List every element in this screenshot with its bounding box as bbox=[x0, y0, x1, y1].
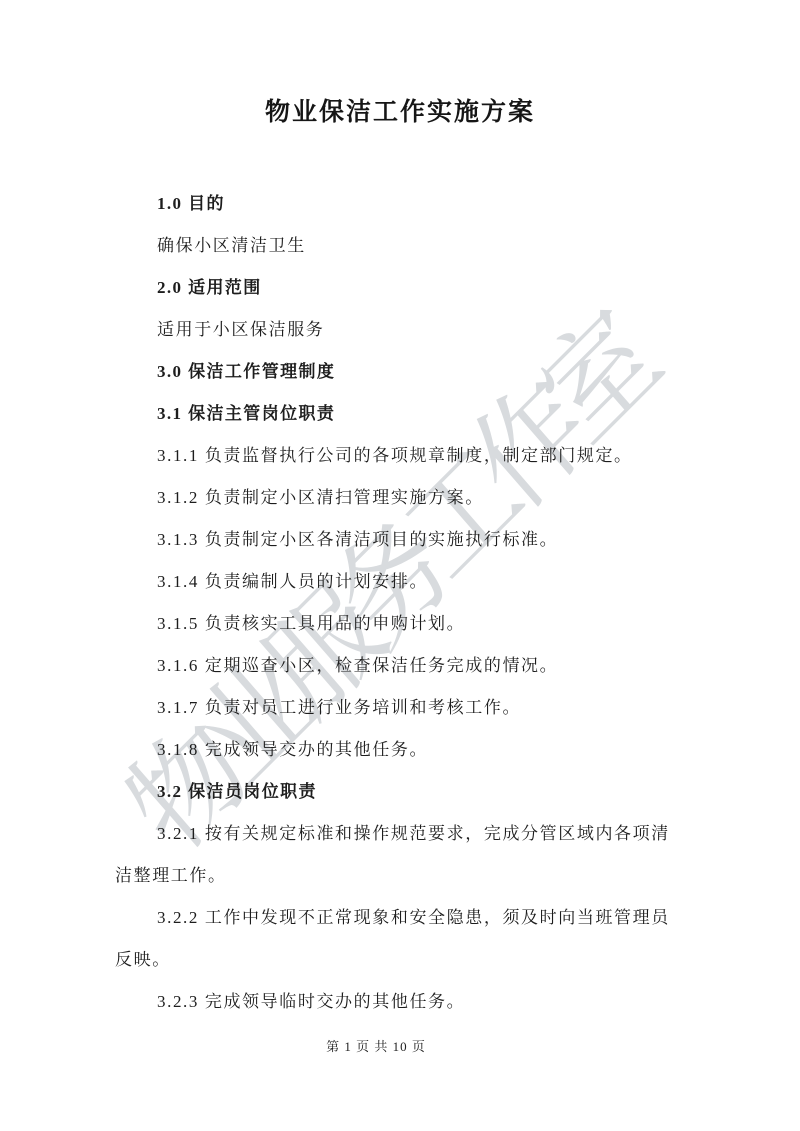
doc-text-line: 3.1.5 负责核实工具用品的申购计划。 bbox=[115, 603, 690, 645]
doc-text-line: 洁整理工作。 bbox=[115, 855, 690, 897]
doc-text-line: 3.2.2 工作中发现不正常现象和安全隐患，须及时向当班管理员 bbox=[115, 897, 690, 939]
doc-text-line: 3.2.1 按有关规定标准和操作规范要求，完成分管区域内各项清 bbox=[115, 813, 690, 855]
document-title: 物业保洁工作实施方案 bbox=[0, 92, 800, 128]
doc-heading-line: 2.0 适用范围 bbox=[115, 267, 690, 309]
doc-text-line: 确保小区清洁卫生 bbox=[115, 225, 690, 267]
document-content: 1.0 目的确保小区清洁卫生2.0 适用范围适用于小区保洁服务3.0 保洁工作管… bbox=[115, 183, 690, 1023]
document-page: 物业服务工作室 物业保洁工作实施方案 1.0 目的确保小区清洁卫生2.0 适用范… bbox=[0, 0, 800, 1131]
doc-text-line: 3.1.6 定期巡查小区，检查保洁任务完成的情况。 bbox=[115, 645, 690, 687]
doc-heading-line: 1.0 目的 bbox=[115, 183, 690, 225]
doc-text-line: 3.1.7 负责对员工进行业务培训和考核工作。 bbox=[115, 687, 690, 729]
doc-text-line: 反映。 bbox=[115, 939, 690, 981]
doc-heading-line: 3.1 保洁主管岗位职责 bbox=[115, 393, 690, 435]
doc-heading-line: 3.0 保洁工作管理制度 bbox=[115, 351, 690, 393]
doc-text-line: 3.1.1 负责监督执行公司的各项规章制度，制定部门规定。 bbox=[115, 435, 690, 477]
doc-text-line: 3.1.3 负责制定小区各清洁项目的实施执行标准。 bbox=[115, 519, 690, 561]
doc-text-line: 适用于小区保洁服务 bbox=[115, 309, 690, 351]
doc-text-line: 3.2.3 完成领导临时交办的其他任务。 bbox=[115, 981, 690, 1023]
doc-text-line: 3.1.2 负责制定小区清扫管理实施方案。 bbox=[115, 477, 690, 519]
doc-text-line: 3.1.8 完成领导交办的其他任务。 bbox=[115, 729, 690, 771]
page-number-footer: 第 1 页 共 10 页 bbox=[0, 1036, 752, 1055]
doc-text-line: 3.1.4 负责编制人员的计划安排。 bbox=[115, 561, 690, 603]
doc-heading-line: 3.2 保洁员岗位职责 bbox=[115, 771, 690, 813]
